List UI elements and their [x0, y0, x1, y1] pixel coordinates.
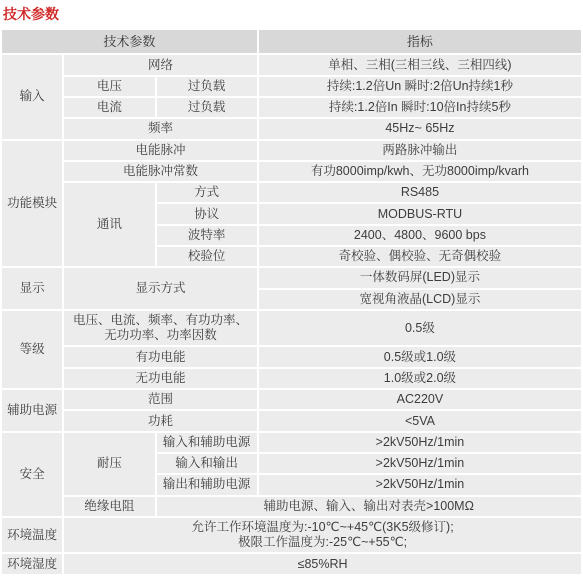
row-frequency: 频率 45Hz~ 65Hz: [2, 119, 581, 138]
row-reactive-energy: 无功电能 1.0级或2.0级: [2, 369, 581, 388]
header-indicator: 指标: [259, 30, 581, 53]
technical-parameters-table: 技术参数 指标 输入 网络 单相、三相(三相三线、三相四线) 电压 过负载 持续…: [0, 28, 583, 576]
row-aux-range: 辅助电源 范围 AC220V: [2, 390, 581, 409]
value-display-lcd: 宽视角液晶(LCD)显示: [259, 290, 581, 309]
row-ambient-humidity: 环境湿度 ≤85%RH: [2, 554, 581, 574]
label-comm-mode: 方式: [157, 183, 257, 202]
label-protocol: 协议: [157, 204, 257, 223]
row-current-overload: 电流 过负载 持续:1.2倍In 瞬时:10倍In持续5秒: [2, 98, 581, 117]
row-network: 输入 网络 单相、三相(三相三线、三相四线): [2, 55, 581, 74]
label-input-aux: 输入和辅助电源: [157, 433, 257, 452]
header-tech-params: 技术参数: [2, 30, 257, 53]
row-active-energy: 有功电能 0.5级或1.0级: [2, 347, 581, 366]
label-voltage: 电压: [64, 77, 154, 96]
value-display-led: 一体数码屏(LED)显示: [259, 268, 581, 287]
value-pulse-constant: 有功8000imp/kwh、无功8000imp/kvarh: [259, 162, 581, 181]
row-ambient-temperature: 环境温度 允许工作环境温度为:-10℃~+45℃(3K5级修订); 极限工作温度…: [2, 518, 581, 553]
value-input-aux: >2kV50Hz/1min: [259, 433, 581, 452]
row-insulation-resistance: 绝缘电阻 辅助电源、输入、输出对表壳>100MΩ: [2, 497, 581, 516]
spec-page: 技术参数 技术参数 指标 输入 网络 单相、三相(三相三线、三相四线) 电压 过…: [0, 0, 583, 579]
row-withstand-input-aux: 安全 耐压 输入和辅助电源 >2kV50Hz/1min: [2, 433, 581, 452]
value-active-energy: 0.5级或1.0级: [259, 347, 581, 366]
label-accuracy-items: 电压、电流、频率、有功功率、 无功功率、功率因数: [64, 311, 257, 346]
label-power-consumption: 功耗: [64, 411, 257, 430]
value-accuracy-measure: 0.5级: [259, 311, 581, 346]
value-baud-rate: 2400、4800、9600 bps: [259, 226, 581, 245]
value-power-consumption: <5VA: [259, 411, 581, 430]
category-input: 输入: [2, 55, 62, 138]
category-function-module: 功能模块: [2, 141, 62, 267]
value-ambient-temperature: 允许工作环境温度为:-10℃~+45℃(3K5级修订); 极限工作温度为:-25…: [64, 518, 581, 553]
value-insulation-resistance: 辅助电源、输入、输出对表壳>100MΩ: [157, 497, 582, 516]
label-current-overload: 过负载: [157, 98, 257, 117]
label-current: 电流: [64, 98, 154, 117]
label-reactive-energy: 无功电能: [64, 369, 257, 388]
category-grade: 等级: [2, 311, 62, 388]
label-output-aux: 输出和辅助电源: [157, 475, 257, 494]
value-voltage-overload: 持续:1.2倍Un 瞬时:2倍Un持续1秒: [259, 77, 581, 96]
label-parity: 校验位: [157, 247, 257, 266]
row-energy-pulse: 功能模块 电能脉冲 两路脉冲输出: [2, 141, 581, 160]
row-comm-mode: 通讯 方式 RS485: [2, 183, 581, 202]
value-reactive-energy: 1.0级或2.0级: [259, 369, 581, 388]
value-aux-range: AC220V: [259, 390, 581, 409]
value-current-overload: 持续:1.2倍In 瞬时:10倍In持续5秒: [259, 98, 581, 117]
label-input-output: 输入和输出: [157, 454, 257, 473]
label-frequency: 频率: [64, 119, 257, 138]
category-ambient-humidity: 环境湿度: [2, 554, 62, 574]
label-withstand-voltage: 耐压: [64, 433, 154, 495]
value-input-output: >2kV50Hz/1min: [259, 454, 581, 473]
row-pulse-constant: 电能脉冲常数 有功8000imp/kwh、无功8000imp/kvarh: [2, 162, 581, 181]
value-protocol: MODBUS-RTU: [259, 204, 581, 223]
table-header-row: 技术参数 指标: [2, 30, 581, 53]
row-accuracy-measure: 等级 电压、电流、频率、有功功率、 无功功率、功率因数 0.5级: [2, 311, 581, 346]
value-ambient-humidity: ≤85%RH: [64, 554, 581, 574]
value-comm-mode: RS485: [259, 183, 581, 202]
label-active-energy: 有功电能: [64, 347, 257, 366]
page-title: 技术参数: [3, 4, 583, 28]
label-network: 网络: [64, 55, 257, 74]
category-ambient-temperature: 环境温度: [2, 518, 62, 553]
row-display-led: 显示 显示方式 一体数码屏(LED)显示: [2, 268, 581, 287]
label-baud-rate: 波特率: [157, 226, 257, 245]
row-voltage-overload: 电压 过负载 持续:1.2倍Un 瞬时:2倍Un持续1秒: [2, 77, 581, 96]
value-energy-pulse: 两路脉冲输出: [259, 141, 581, 160]
value-parity: 奇校验、偶校验、无奇偶校验: [259, 247, 581, 266]
value-network: 单相、三相(三相三线、三相四线): [259, 55, 581, 74]
label-aux-range: 范围: [64, 390, 257, 409]
label-voltage-overload: 过负载: [157, 77, 257, 96]
category-safety: 安全: [2, 433, 62, 516]
label-display-mode: 显示方式: [64, 268, 257, 309]
label-insulation-resistance: 绝缘电阻: [64, 497, 154, 516]
category-display: 显示: [2, 268, 62, 309]
value-output-aux: >2kV50Hz/1min: [259, 475, 581, 494]
row-power-consumption: 功耗 <5VA: [2, 411, 581, 430]
label-energy-pulse: 电能脉冲: [64, 141, 257, 160]
label-pulse-constant: 电能脉冲常数: [64, 162, 257, 181]
label-communication: 通讯: [64, 183, 154, 266]
category-aux-power: 辅助电源: [2, 390, 62, 431]
value-frequency: 45Hz~ 65Hz: [259, 119, 581, 138]
